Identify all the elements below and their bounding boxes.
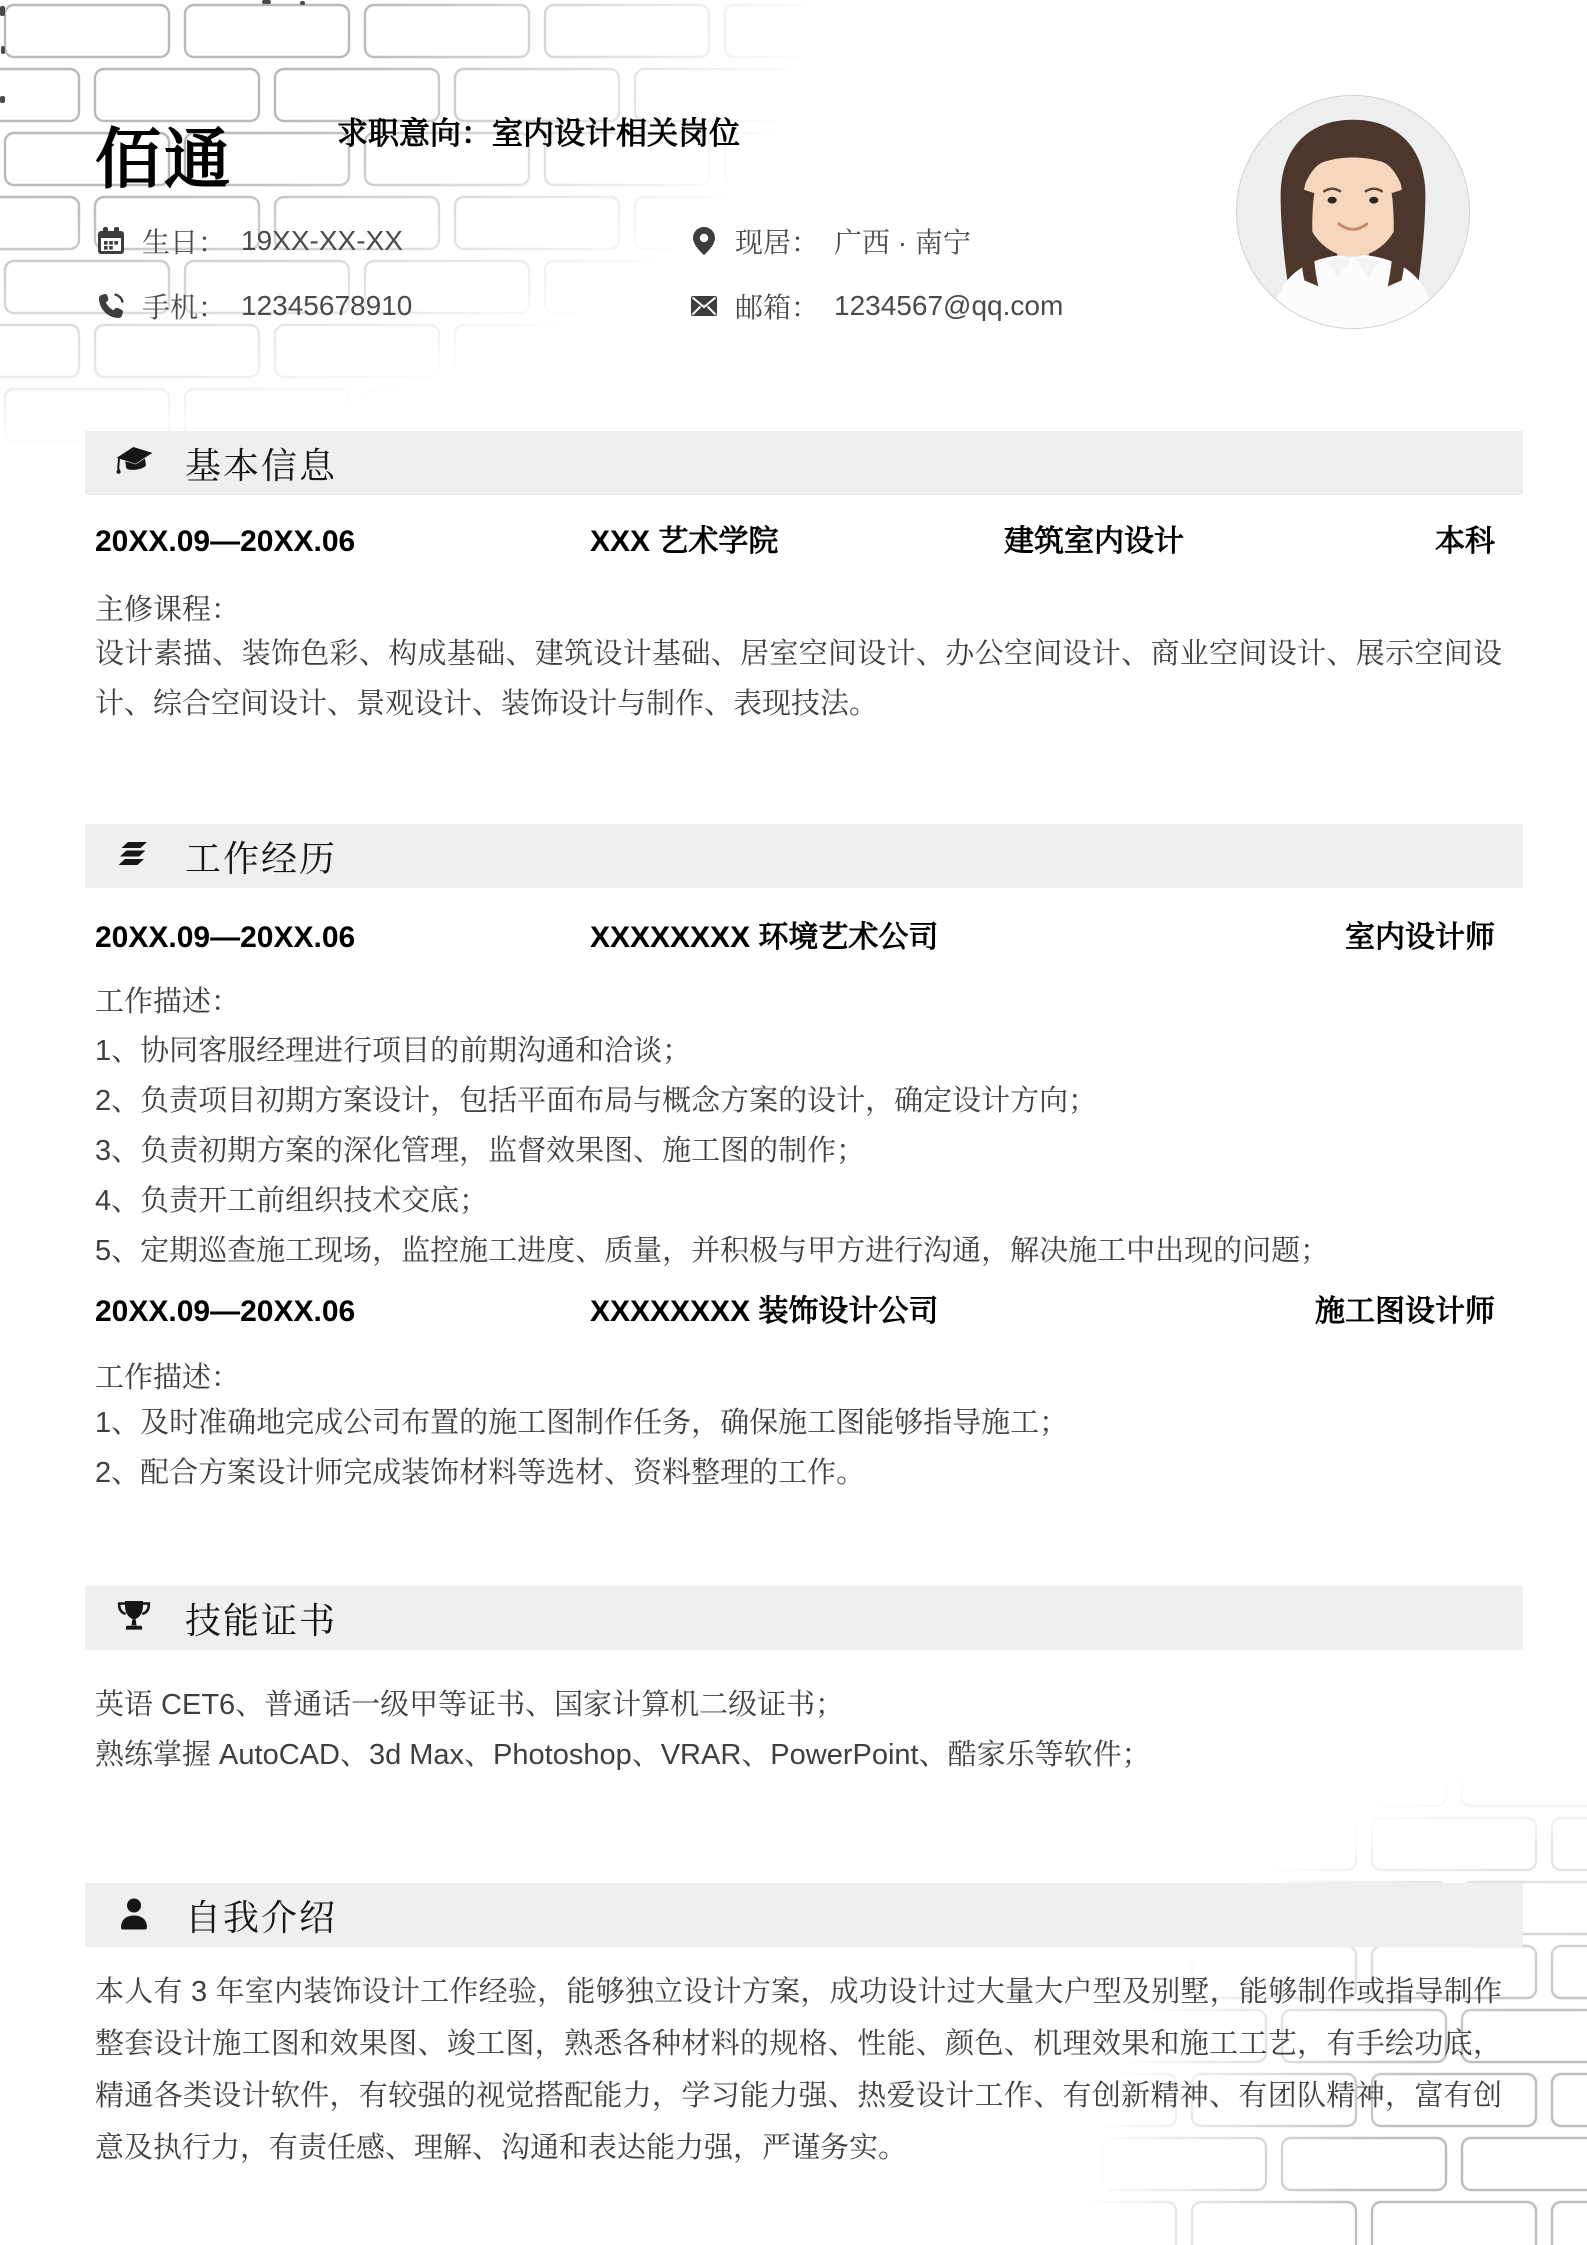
skills-line: 英语 CET6、普通话一级甲等证书、国家计算机二级证书；: [95, 1680, 1502, 1730]
contact-residence: 现居：广西 · 南宁: [688, 219, 971, 263]
education-period: 20XX.09—20XX.06: [95, 522, 355, 562]
job-desc-label: 工作描述：: [95, 1358, 1502, 1398]
education-school: XXX 艺术学院: [590, 522, 778, 562]
job-desc-item: 1、及时准确地完成公司布置的施工图制作任务，确保施工图能够指导施工；: [95, 1398, 1502, 1448]
person-icon: [111, 1892, 157, 1938]
job-desc-item: 2、配合方案设计师完成装饰材料等选材、资料整理的工作。: [95, 1448, 1502, 1498]
skills-line: 熟练掌握 AutoCAD、3d Max、Photoshop、VRAR、Power…: [95, 1730, 1502, 1780]
section-header-about: 自我介绍: [85, 1883, 1523, 1947]
education-row: 20XX.09—20XX.06 XXX 艺术学院 建筑室内设计 本科: [95, 522, 1495, 562]
trophy-icon: [111, 1595, 157, 1641]
layers-icon: [111, 833, 157, 879]
contact-label: 现居：: [735, 221, 819, 261]
section-title: 自我介绍: [185, 1890, 337, 1941]
contact-value: 12345678910: [241, 290, 412, 322]
calendar-icon: [95, 225, 127, 257]
contact-label: 生日：: [142, 221, 226, 261]
job-desc-label: 工作描述：: [95, 982, 1502, 1022]
job-period: 20XX.09—20XX.06: [95, 918, 355, 958]
section-header-basic-info: 基本信息: [85, 431, 1523, 495]
section-header-work: 工作经历: [85, 824, 1523, 888]
section-header-skills: 技能证书: [85, 1586, 1523, 1650]
candidate-name: 佰通: [95, 126, 233, 192]
mail-icon: [688, 290, 720, 322]
location-pin-icon: [688, 225, 720, 257]
graduation-cap-icon: [111, 440, 157, 486]
courses-label: 主修课程：: [95, 590, 1502, 630]
education-degree: 本科: [1435, 522, 1495, 562]
section-title: 基本信息: [185, 438, 337, 489]
contact-value: 19XX-XX-XX: [241, 225, 403, 257]
job-desc-list: 1、及时准确地完成公司布置的施工图制作任务，确保施工图能够指导施工； 2、配合方…: [95, 1398, 1502, 1498]
contact-label: 邮箱：: [735, 286, 819, 326]
job-row: 20XX.09—20XX.06 XXXXXXXX 环境艺术公司 室内设计师: [95, 918, 1495, 958]
job-desc-item: 1、协同客服经理进行项目的前期沟通和洽谈；: [95, 1026, 1502, 1076]
job-company: XXXXXXXX 装饰设计公司: [590, 1292, 938, 1332]
profile-photo: [1236, 95, 1470, 329]
job-row: 20XX.09—20XX.06 XXXXXXXX 装饰设计公司 施工图设计师: [95, 1292, 1495, 1332]
contact-value: 广西 · 南宁: [834, 221, 971, 261]
job-company: XXXXXXXX 环境艺术公司: [590, 918, 938, 958]
education-major: 建筑室内设计: [1004, 522, 1184, 562]
resume-page: 佰通 求职意向：室内设计相关岗位 生日：19XX-XX-XX 现居：广西 · 南…: [0, 0, 1587, 2245]
section-title: 工作经历: [185, 831, 337, 882]
contact-value: 1234567@qq.com: [834, 290, 1063, 322]
job-intent: 求职意向：室内设计相关岗位: [337, 108, 740, 153]
job-desc-item: 2、负责项目初期方案设计，包括平面布局与概念方案的设计，确定设计方向；: [95, 1076, 1502, 1126]
job-desc-list: 1、协同客服经理进行项目的前期沟通和洽谈； 2、负责项目初期方案设计，包括平面布…: [95, 1026, 1502, 1276]
job-desc-item: 5、定期巡查施工现场，监控施工进度、质量，并积极与甲方进行沟通，解决施工中出现的…: [95, 1226, 1502, 1276]
job-title: 室内设计师: [1345, 918, 1495, 958]
job-title: 施工图设计师: [1315, 1292, 1495, 1332]
job-desc-item: 4、负责开工前组织技术交底；: [95, 1176, 1502, 1226]
job-desc-item: 3、负责初期方案的深化管理，监督效果图、施工图的制作；: [95, 1126, 1502, 1176]
contact-label: 手机：: [142, 286, 226, 326]
portrait-illustration: [1237, 96, 1469, 328]
section-title: 技能证书: [185, 1593, 337, 1644]
job-period: 20XX.09—20XX.06: [95, 1292, 355, 1332]
courses-text: 设计素描、装饰色彩、构成基础、建筑设计基础、居室空间设计、办公空间设计、商业空间…: [95, 629, 1502, 729]
contact-phone: 手机：12345678910: [95, 284, 412, 328]
phone-icon: [95, 290, 127, 322]
contact-email: 邮箱：1234567@qq.com: [688, 284, 1063, 328]
skills-list: 英语 CET6、普通话一级甲等证书、国家计算机二级证书； 熟练掌握 AutoCA…: [95, 1680, 1502, 1780]
contact-birthday: 生日：19XX-XX-XX: [95, 219, 403, 263]
about-text: 本人有 3 年室内装饰设计工作经验，能够独立设计方案，成功设计过大量大户型及别墅…: [95, 1966, 1502, 2174]
